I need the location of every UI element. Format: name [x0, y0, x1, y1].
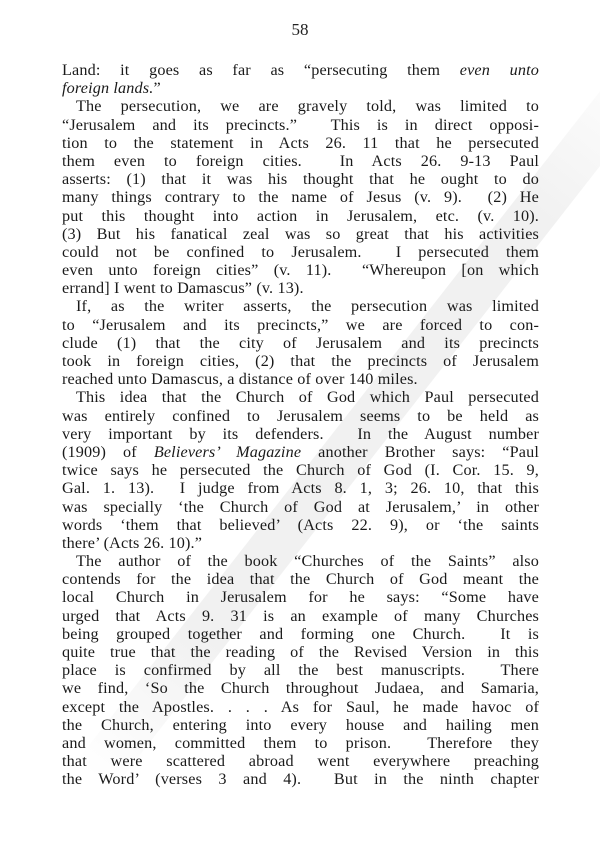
- line-text: errand] I went to Damascus” (v. 13).: [62, 279, 304, 297]
- text-line: foreign lands.”: [62, 79, 539, 97]
- line-text-after: ”: [153, 79, 160, 97]
- text-line: many things contrary to the name of Jesu…: [62, 188, 539, 206]
- text-line: urged that Acts 9. 31 is an example of m…: [62, 607, 539, 625]
- line-text: The persecution, we are gravely told, wa…: [76, 97, 539, 115]
- line-text: could not be confined to Jerusalem. I pe…: [62, 243, 539, 261]
- line-text: “Jerusalem and its precincts.” This is i…: [62, 116, 539, 134]
- line-text: words ‘them that believed’ (Acts 22. 9),…: [62, 516, 539, 534]
- text-line: there’ (Acts 26. 10).”: [62, 534, 539, 552]
- italic-text: Believers’ Magazine: [154, 443, 301, 461]
- text-line: “Jerusalem and its precincts.” This is i…: [62, 116, 539, 134]
- body-text: Land: it goes as far as “persecuting the…: [62, 61, 539, 789]
- line-text: we find, ‘So the Church throughout Judae…: [62, 679, 539, 697]
- text-line: place is confirmed by all the best manus…: [62, 661, 539, 679]
- text-line: (1909) of Believers’ Magazine another Br…: [62, 443, 539, 461]
- line-text: local Church in Jerusalem for he says: “…: [62, 588, 539, 606]
- line-text: contends for the idea that the Church of…: [62, 570, 539, 588]
- line-text: quite true that the reading of the Revis…: [62, 643, 539, 661]
- text-line: was entirely confined to Jerusalem seems…: [62, 407, 539, 425]
- line-text: The author of the book “Churches of the …: [76, 552, 539, 570]
- line-text: and women, committed them to prison. The…: [62, 734, 539, 752]
- line-text: being grouped together and forming one C…: [62, 625, 539, 643]
- text-line: could not be confined to Jerusalem. I pe…: [62, 243, 539, 261]
- line-text: put this thought into action in Jerusale…: [62, 207, 539, 225]
- text-line: the Church, entering into every house an…: [62, 716, 539, 734]
- text-line: quite true that the reading of the Revis…: [62, 643, 539, 661]
- line-text: (3) But his fanatical zeal was so great …: [62, 225, 539, 243]
- text-line: put this thought into action in Jerusale…: [62, 207, 539, 225]
- italic-text: even unto: [460, 61, 539, 79]
- line-text: place is confirmed by all the best manus…: [62, 661, 539, 679]
- text-line: clude (1) that the city of Jerusalem and…: [62, 334, 539, 352]
- text-line: to “Jerusalem and its precincts,” we are…: [62, 316, 539, 334]
- line-text: Land: it goes as far as “persecuting the…: [62, 61, 460, 79]
- line-text: twice says he persecuted the Church of G…: [62, 461, 539, 479]
- line-text: to “Jerusalem and its precincts,” we are…: [62, 316, 539, 334]
- text-line: errand] I went to Damascus” (v. 13).: [62, 279, 539, 297]
- line-text: reached unto Damascus, a distance of ove…: [62, 370, 418, 388]
- text-line: contends for the idea that the Church of…: [62, 570, 539, 588]
- line-text: was specially ‘the Church of God at Jeru…: [62, 498, 539, 516]
- italic-text: foreign lands.: [62, 79, 153, 97]
- line-text: (1909) of: [62, 443, 154, 461]
- line-text-after: another Brother says: “Paul: [301, 443, 539, 461]
- line-text: took in foreign cities, (2) that the pre…: [62, 352, 539, 370]
- paragraph-first-line: The persecution, we are gravely told, wa…: [62, 97, 539, 115]
- text-line: local Church in Jerusalem for he says: “…: [62, 588, 539, 606]
- line-text: If, as the writer asserts, the persecuti…: [76, 297, 539, 315]
- paragraph-first-line: This idea that the Church of God which P…: [62, 388, 539, 406]
- text-line: we find, ‘So the Church throughout Judae…: [62, 679, 539, 697]
- text-line: them even to foreign cities. In Acts 26.…: [62, 152, 539, 170]
- text-line: except the Apostles. . . . As for Saul, …: [62, 698, 539, 716]
- text-line: and women, committed them to prison. The…: [62, 734, 539, 752]
- text-line: was specially ‘the Church of God at Jeru…: [62, 498, 539, 516]
- line-text: Gal. 1. 13). I judge from Acts 8. 1, 3; …: [62, 479, 539, 497]
- text-line: very important by its defenders. In the …: [62, 425, 539, 443]
- line-text: clude (1) that the city of Jerusalem and…: [62, 334, 539, 352]
- line-text: very important by its defenders. In the …: [62, 425, 539, 443]
- paragraph-first-line: If, as the writer asserts, the persecuti…: [62, 297, 539, 315]
- text-line: that were scattered abroad went everywhe…: [62, 752, 539, 770]
- text-line: took in foreign cities, (2) that the pre…: [62, 352, 539, 370]
- line-text: except the Apostles. . . . As for Saul, …: [62, 698, 539, 716]
- text-line: being grouped together and forming one C…: [62, 625, 539, 643]
- text-line: tion to the statement in Acts 26. 11 tha…: [62, 134, 539, 152]
- line-text: tion to the statement in Acts 26. 11 tha…: [62, 134, 539, 152]
- line-text: urged that Acts 9. 31 is an example of m…: [62, 607, 539, 625]
- line-text: even unto foreign cities” (v. 11). “Wher…: [62, 261, 539, 279]
- line-text: This idea that the Church of God which P…: [76, 388, 539, 406]
- line-text: there’ (Acts 26. 10).”: [62, 534, 202, 552]
- page-number: 58: [0, 20, 600, 40]
- line-text: that were scattered abroad went everywhe…: [62, 752, 539, 770]
- text-line: (3) But his fanatical zeal was so great …: [62, 225, 539, 243]
- text-line: even unto foreign cities” (v. 11). “Wher…: [62, 261, 539, 279]
- text-line: the Word’ (verses 3 and 4). But in the n…: [62, 770, 539, 788]
- text-line: twice says he persecuted the Church of G…: [62, 461, 539, 479]
- line-text: the Church, entering into every house an…: [62, 716, 539, 734]
- line-text: was entirely confined to Jerusalem seems…: [62, 407, 539, 425]
- line-text: many things contrary to the name of Jesu…: [62, 188, 539, 206]
- text-line: asserts: (1) that it was his thought tha…: [62, 170, 539, 188]
- line-text: them even to foreign cities. In Acts 26.…: [62, 152, 539, 170]
- line-text: asserts: (1) that it was his thought tha…: [62, 170, 539, 188]
- text-line: Land: it goes as far as “persecuting the…: [62, 61, 539, 79]
- line-text: the Word’ (verses 3 and 4). But in the n…: [62, 770, 539, 788]
- paragraph-first-line: The author of the book “Churches of the …: [62, 552, 539, 570]
- text-line: words ‘them that believed’ (Acts 22. 9),…: [62, 516, 539, 534]
- text-line: reached unto Damascus, a distance of ove…: [62, 370, 539, 388]
- text-line: Gal. 1. 13). I judge from Acts 8. 1, 3; …: [62, 479, 539, 497]
